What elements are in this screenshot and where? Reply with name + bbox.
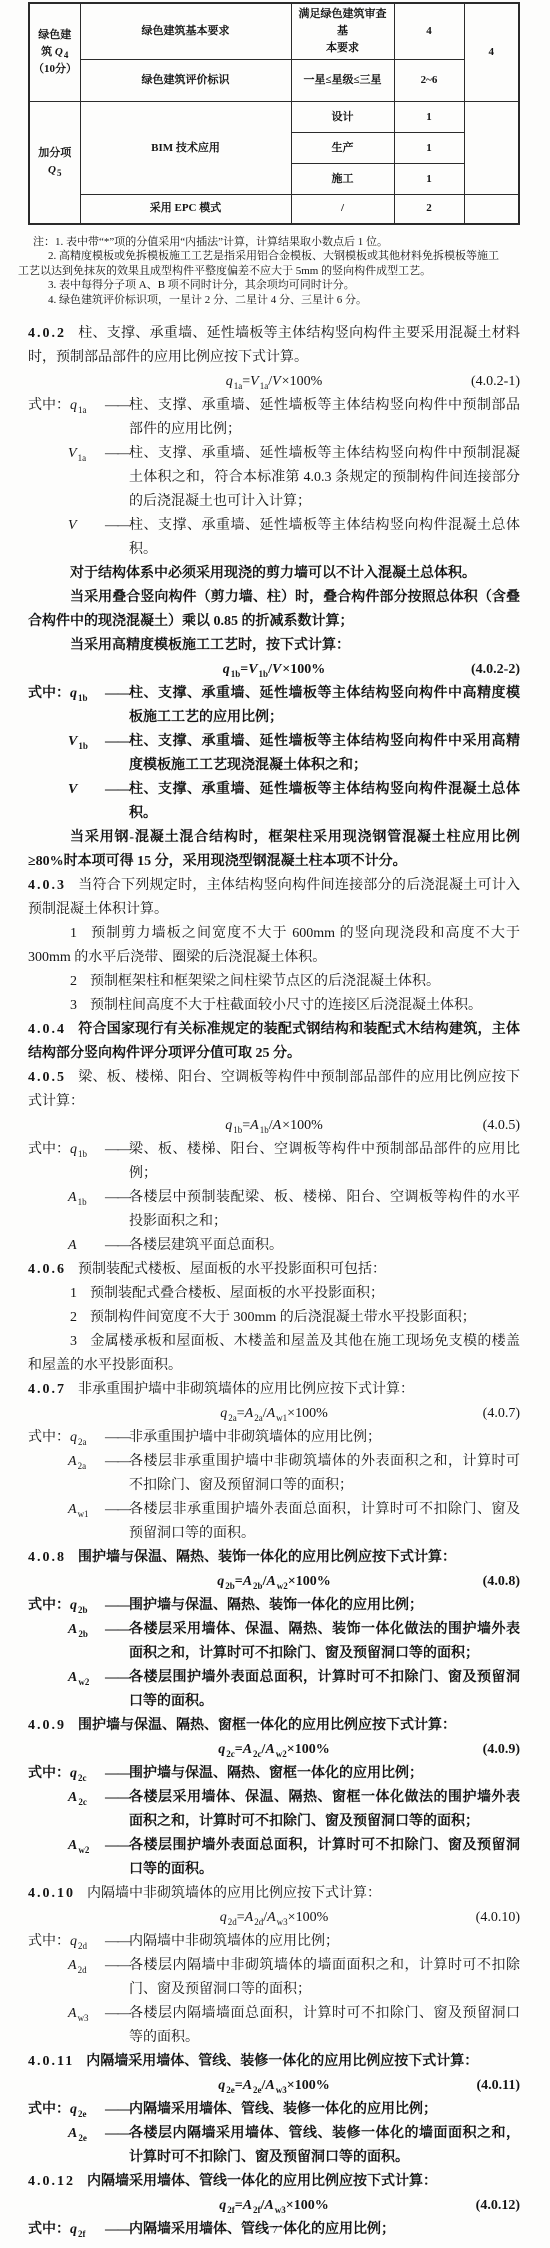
clause-number: 4.0.7 (28, 1382, 66, 1397)
definition-dash: —— (105, 1498, 129, 1522)
definition-line: A2d——各楼层内隔墙中非砌筑墙体的墙面面积之和，计算时可不扣除门、窗及预留洞口… (28, 1954, 520, 2002)
definition-dash: —— (105, 1450, 129, 1474)
definition-dash: —— (105, 394, 129, 418)
clause-number: 4.0.4 (28, 1022, 66, 1037)
table-cell (464, 195, 519, 224)
formula-expression: q2a=A2a/Aw1×100% (220, 1406, 327, 1421)
definition-term: 式中：q2d—— (28, 1930, 129, 1954)
definition-variable: A (68, 1234, 78, 1258)
body-paragraph: 当采用高精度模板施工工艺时，按下式计算： (28, 634, 520, 658)
definition-dash: —— (105, 778, 129, 802)
table-cell: 绿色建筑基本要求 (80, 3, 291, 60)
definition-term: V1b—— (28, 730, 129, 778)
definition-description: 围护墙与保温、隔热、装饰一体化的应用比例； (129, 1594, 520, 1618)
table-cell: 绿色建筑评价标识 (80, 60, 291, 102)
definition-term: V1a—— (28, 442, 129, 514)
clause-number: 4.0.6 (28, 1262, 66, 1277)
definition-term: 式中：q2b—— (28, 1594, 129, 1618)
equation-number: (4.0.10) (476, 1906, 520, 1930)
definition-description: 内隔墙中非砌筑墙体的应用比例； (129, 1930, 520, 1954)
clause-text: 围护墙与保温、隔热、装饰一体化的应用比例应按下式计算： (78, 1550, 456, 1565)
list-item: 3金属楼承板和屋面板、木楼盖和屋盖及其他在施工现场免支模的楼盖和屋盖的水平投影面… (28, 1330, 520, 1378)
definition-description: 梁、板、楼梯、阳台、空调板等构件中预制部品部件的应用比例； (129, 1138, 520, 1186)
definition-term: Aw1—— (28, 1498, 129, 1546)
clause-paragraph: 4.0.9围护墙与保温、隔热、窗框一体化的应用比例应按下式计算： (28, 1714, 520, 1738)
definition-dash: —— (105, 1234, 129, 1258)
table-cell: 满足绿色建筑审查基本要求 (291, 3, 394, 60)
definition-variable: q1b (70, 682, 88, 706)
definition-line: V——柱、支撑、承重墙、延性墙板等主体结构竖向构件混凝土总体积。 (28, 778, 520, 826)
definition-term: 式中：q2e—— (28, 2098, 129, 2122)
equation-number: (4.0.2-2) (471, 658, 520, 682)
definition-variable: A1b (68, 1186, 87, 1210)
definition-term: 式中：q1b—— (28, 1138, 129, 1186)
note-line: 注：1. 表中带“*”项的分值采用“内插法”计算，计算结果取小数点后 1 位。 (18, 235, 500, 250)
definition-term: 式中：q1b—— (28, 682, 129, 730)
definition-term: Aw2—— (28, 1666, 129, 1714)
definition-description: 围护墙与保温、隔热、窗框一体化的应用比例； (129, 1762, 520, 1786)
clause-text: 当符合下列规定时，主体结构竖向构件间连接部分的后浇混凝土可计入预制混凝土体积计算… (28, 878, 520, 917)
definition-description: 各楼层内隔墙墙面总面积，计算时可不扣除门、窗及预留洞口等的面积。 (129, 2002, 520, 2050)
table-row: 加分项Q5BIM 技术应用设计1 (29, 102, 519, 133)
table-cell: BIM 技术应用 (80, 102, 291, 195)
definition-line: 式中：q1b——柱、支撑、承重墙、延性墙板等主体结构竖向构件中高精度模板施工工艺… (28, 682, 520, 730)
definition-variable: V (68, 778, 78, 802)
table-notes: 注：1. 表中带“*”项的分值采用“内插法”计算，计算结果取小数点后 1 位。2… (18, 235, 500, 308)
table-row: 采用 EPC 模式/2 (29, 195, 519, 224)
body-paragraph: 对于结构体系中必须采用现浇的剪力墙可以不计入混凝土总体积。 (28, 562, 520, 586)
item-number: 3 (70, 998, 77, 1013)
definition-variable: A2a (68, 1450, 86, 1474)
definition-term: A2a—— (28, 1450, 129, 1498)
note-line: 3. 表中每得分子项 A、B 项不同时计分，其余项均可同时计分。 (18, 278, 500, 293)
definition-variable: A2b (68, 1618, 88, 1642)
definition-variable: q2e (70, 2098, 87, 2122)
definition-line: A——各楼层建筑平面总面积。 (28, 1234, 520, 1258)
definition-dash: —— (105, 1762, 129, 1786)
formula-expression: q1b=A1b/A×100% (225, 1118, 322, 1133)
clause-paragraph: 4.0.5梁、板、楼梯、阳台、空调板等构件中预制部品部件的应用比例应按下式计算： (28, 1066, 520, 1114)
definition-dash: —— (105, 1594, 129, 1618)
definition-description: 柱、支撑、承重墙、延性墙板等主体结构竖向构件中预制部品部件的应用比例； (129, 394, 520, 442)
definition-description: 柱、支撑、承重墙、延性墙板等主体结构竖向构件混凝土总体积。 (129, 514, 520, 562)
definition-term: 式中：q2c—— (28, 1762, 129, 1786)
definition-line: V——柱、支撑、承重墙、延性墙板等主体结构竖向构件混凝土总体积。 (28, 514, 520, 562)
list-item: 1预制剪力墙板之间宽度不大于 600mm 的竖向现浇段和高度不大于 300mm … (28, 922, 520, 970)
definition-line: 式中：q2e——内隔墙采用墙体、管线、装修一体化的应用比例； (28, 2098, 520, 2122)
table-row: 绿色建筑 Q4（10分）绿色建筑基本要求满足绿色建筑审查基本要求44 (29, 3, 519, 60)
definition-dash: —— (105, 1834, 129, 1858)
definition-line: A2e——各楼层内隔墙采用墙体、管线、装修一体化的墙面面积之和，计算时可不扣除门… (28, 2122, 520, 2170)
definition-term: A—— (28, 1234, 129, 1258)
definition-line: A2b——各楼层采用墙体、保温、隔热、装饰一体化做法的围护墙外表面积之和，计算时… (28, 1618, 520, 1666)
definition-line: A1b——各楼层中预制装配梁、板、楼梯、阳台、空调板等构件的水平投影面积之和； (28, 1186, 520, 1234)
definition-variable: A2c (68, 1786, 87, 1810)
clause-paragraph: 4.0.6预制装配式楼板、屋面板的水平投影面积可包括： (28, 1258, 520, 1282)
definition-dash: —— (105, 2002, 129, 2026)
formula-expression: q2b=A2b/Aw2×100% (217, 1574, 331, 1589)
definition-term: A2d—— (28, 1954, 129, 2002)
formula-line: q2d=A2d/Aw3×100%(4.0.10) (28, 1906, 520, 1930)
item-number: 2 (70, 974, 77, 989)
clause-paragraph: 4.0.3当符合下列规定时，主体结构竖向构件间连接部分的后浇混凝土可计入预制混凝… (28, 874, 520, 922)
clause-text: 符合国家现行有关标准规定的装配式钢结构和装配式木结构建筑，主体结构部分竖向构件评… (28, 1022, 520, 1061)
definition-description: 各楼层建筑平面总面积。 (129, 1234, 520, 1258)
clause-number: 4.0.9 (28, 1718, 66, 1733)
clause-text: 内隔墙采用墙体、管线一体化的应用比例应按下式计算： (87, 2174, 437, 2189)
formula-expression: q2d=A2d/Aw3×100% (220, 1910, 328, 1925)
formula-expression: q2e=A2e/Aw3×100% (218, 2078, 330, 2093)
table-cell: 绿色建筑 Q4（10分） (29, 3, 80, 102)
definition-description: 各楼层围护墙外表面总面积，计算时可不扣除门、窗及预留洞口等的面积。 (129, 1834, 520, 1882)
definition-variable: Aw2 (68, 1834, 89, 1858)
definition-term: A2e—— (28, 2122, 129, 2170)
document-page: 绿色建筑 Q4（10分）绿色建筑基本要求满足绿色建筑审查基本要求44绿色建筑评价… (0, 0, 550, 2248)
item-number: 3 (70, 1334, 77, 1349)
definition-description: 非承重围护墙中非砌筑墙体的应用比例； (129, 1426, 520, 1450)
equation-number: (4.0.7) (483, 1402, 520, 1426)
page-number: 7 (0, 2224, 550, 2236)
equation-number: (4.0.11) (476, 2074, 520, 2098)
definition-variable: q2d (70, 1930, 87, 1954)
definition-dash: —— (105, 1186, 129, 1210)
clause-number: 4.0.12 (28, 2174, 75, 2189)
definition-dash: —— (105, 442, 129, 466)
equation-number: (4.0.5) (483, 1114, 520, 1138)
definition-term: 式中：q1a—— (28, 394, 129, 442)
definition-line: A2c——各楼层采用墙体、保温、隔热、窗框一体化做法的围护墙外表面积之和，计算时… (28, 1786, 520, 1834)
note-line: 4. 绿色建筑评价标识项，一星计 2 分、二星计 4 分、三星计 6 分。 (18, 293, 500, 308)
equation-number: (4.0.12) (476, 2194, 520, 2218)
definition-dash: —— (105, 514, 129, 538)
definition-line: Aw1——各楼层非承重围护墙外表面总面积，计算时可不扣除门、窗及预留洞口等的面积… (28, 1498, 520, 1546)
definition-line: 式中：q2a——非承重围护墙中非砌筑墙体的应用比例； (28, 1426, 520, 1450)
table-cell: 1 (394, 164, 464, 195)
definition-line: 式中：q1a——柱、支撑、承重墙、延性墙板等主体结构竖向构件中预制部品部件的应用… (28, 394, 520, 442)
table-cell: 1 (394, 133, 464, 164)
formula-expression: q2c=A2c/Aw2×100% (218, 1742, 330, 1757)
definition-term: A2c—— (28, 1786, 129, 1834)
definition-variable: V (68, 514, 78, 538)
definition-description: 各楼层非承重围护墙外表面总面积，计算时可不扣除门、窗及预留洞口等的面积。 (129, 1498, 520, 1546)
definition-dash: —— (105, 1618, 129, 1642)
definition-term: Aw3—— (28, 2002, 129, 2050)
definition-variable: A2d (68, 1954, 87, 1978)
table-cell: 一星≤星级≤三星 (291, 60, 394, 102)
list-item: 3预制柱间高度不大于柱截面较小尺寸的连接区后浇混凝土体积。 (28, 994, 520, 1018)
table-cell: 1 (394, 102, 464, 133)
formula-expression: q1b=V1b/V×100% (223, 662, 326, 677)
clause-text: 内隔墙中非砌筑墙体的应用比例应按下式计算： (87, 1886, 381, 1901)
definition-variable: q2c (70, 1762, 87, 1786)
item-number: 1 (70, 926, 77, 941)
definition-description: 各楼层围护墙外表面总面积，计算时可不扣除门、窗及预留洞口等的面积。 (129, 1666, 520, 1714)
where-prefix: 式中： (28, 682, 70, 706)
definition-term: 式中：q2a—— (28, 1426, 129, 1450)
list-item: 2预制框架柱和框架梁之间柱梁节点区的后浇混凝土体积。 (28, 970, 520, 994)
formula-expression: q1a=V1a/V×100% (226, 374, 322, 389)
table-cell: 生产 (291, 133, 394, 164)
where-prefix: 式中： (28, 1594, 70, 1618)
where-prefix: 式中： (28, 394, 70, 418)
definition-description: 各楼层中预制装配梁、板、楼梯、阳台、空调板等构件的水平投影面积之和； (129, 1186, 520, 1234)
clause-number: 4.0.8 (28, 1550, 66, 1565)
clause-paragraph: 4.0.10内隔墙中非砌筑墙体的应用比例应按下式计算： (28, 1882, 520, 1906)
definition-dash: —— (105, 1930, 129, 1954)
formula-line: q1a=V1a/V×100%(4.0.2-1) (28, 370, 520, 394)
equation-number: (4.0.9) (483, 1738, 520, 1762)
definition-dash: —— (105, 682, 129, 706)
table-cell: / (291, 195, 394, 224)
definition-description: 柱、支撑、承重墙、延性墙板等主体结构竖向构件中预制混凝土体积之和，符合本标准第 … (129, 442, 520, 514)
definition-line: Aw2——各楼层围护墙外表面总面积，计算时可不扣除门、窗及预留洞口等的面积。 (28, 1834, 520, 1882)
definition-dash: —— (105, 2098, 129, 2122)
definition-description: 各楼层非承重围护墙中非砌筑墙体的外表面积之和，计算时可不扣除门、窗及预留洞口等的… (129, 1450, 520, 1498)
definition-line: 式中：q2c——围护墙与保温、隔热、窗框一体化的应用比例； (28, 1762, 520, 1786)
definition-line: Aw2——各楼层围护墙外表面总面积，计算时可不扣除门、窗及预留洞口等的面积。 (28, 1666, 520, 1714)
definition-dash: —— (105, 1954, 129, 1978)
note-line: 2. 高精度模板或免拆模板施工工艺是指采用铝合金模板、大钢模板或其他材料免拆模板… (18, 249, 500, 278)
definition-dash: —— (105, 730, 129, 754)
definition-line: V1a——柱、支撑、承重墙、延性墙板等主体结构竖向构件中预制混凝土体积之和，符合… (28, 442, 520, 514)
clause-paragraph: 4.0.8围护墙与保温、隔热、装饰一体化的应用比例应按下式计算： (28, 1546, 520, 1570)
definition-dash: —— (105, 2122, 129, 2146)
clause-number: 4.0.5 (28, 1070, 66, 1085)
definition-line: 式中：q2d——内隔墙中非砌筑墙体的应用比例； (28, 1930, 520, 1954)
definition-line: 式中：q2b——围护墙与保温、隔热、装饰一体化的应用比例； (28, 1594, 520, 1618)
where-prefix: 式中： (28, 1138, 70, 1162)
formula-line: q2a=A2a/Aw1×100%(4.0.7) (28, 1402, 520, 1426)
score-table: 绿色建筑 Q4（10分）绿色建筑基本要求满足绿色建筑审查基本要求44绿色建筑评价… (28, 2, 520, 225)
definition-variable: q1b (70, 1138, 87, 1162)
table-cell: 采用 EPC 模式 (80, 195, 291, 224)
formula-line: q1b=A1b/A×100%(4.0.5) (28, 1114, 520, 1138)
definition-term: V—— (28, 778, 129, 826)
table-cell: 4 (464, 3, 519, 102)
table-cell: 设计 (291, 102, 394, 133)
where-prefix: 式中： (28, 2098, 70, 2122)
formula-expression: q2f=A2f/Aw3×100% (219, 2198, 329, 2213)
list-item: 1预制装配式叠合楼板、屋面板的水平投影面积； (28, 1282, 520, 1306)
clause-paragraph: 4.0.7非承重围护墙中非砌筑墙体的应用比例应按下式计算： (28, 1378, 520, 1402)
table-cell: 4 (394, 3, 464, 60)
table-cell: 2 (394, 195, 464, 224)
definition-term: Aw2—— (28, 1834, 129, 1882)
definition-line: 式中：q1b——梁、板、楼梯、阳台、空调板等构件中预制部品部件的应用比例； (28, 1138, 520, 1186)
definition-description: 内隔墙采用墙体、管线、装修一体化的应用比例； (129, 2098, 520, 2122)
clause-text: 内隔墙采用墙体、管线、装修一体化的应用比例应按下式计算： (86, 2054, 478, 2069)
definition-description: 柱、支撑、承重墙、延性墙板等主体结构竖向构件混凝土总体积。 (129, 778, 520, 826)
definition-line: V1b——柱、支撑、承重墙、延性墙板等主体结构竖向构件中采用高精度模板施工工艺现… (28, 730, 520, 778)
definition-description: 各楼层采用墙体、保温、隔热、装饰一体化做法的围护墙外表面积之和，计算时可不扣除门… (129, 1618, 520, 1666)
definition-term: A1b—— (28, 1186, 129, 1234)
clause-paragraph: 4.0.11内隔墙采用墙体、管线、装修一体化的应用比例应按下式计算： (28, 2050, 520, 2074)
body-paragraph: 当采用钢-混凝土混合结构时，框架柱采用现浇钢管混凝土柱应用比例≥80%时本项可得… (28, 826, 520, 874)
clause-text: 梁、板、楼梯、阳台、空调板等构件中预制部品部件的应用比例应按下式计算： (28, 1070, 520, 1109)
definition-variable: V1b (68, 730, 88, 754)
definition-variable: V1a (68, 442, 86, 466)
clause-paragraph: 4.0.2柱、支撑、承重墙、延性墙板等主体结构竖向构件主要采用混凝土材料时，预制… (28, 322, 520, 370)
definition-variable: Aw3 (68, 2002, 89, 2026)
formula-line: q2b=A2b/Aw2×100%(4.0.8) (28, 1570, 520, 1594)
definition-variable: Aw1 (68, 1498, 89, 1522)
definition-term: V—— (28, 514, 129, 562)
where-prefix: 式中： (28, 1426, 70, 1450)
clause-paragraph: 4.0.4符合国家现行有关标准规定的装配式钢结构和装配式木结构建筑，主体结构部分… (28, 1018, 520, 1066)
body-paragraph: 当采用叠合竖向构件（剪力墙、柱）时，叠合构件部分按照总体积（含叠合构件中的现浇混… (28, 586, 520, 634)
clause-number: 4.0.2 (28, 326, 66, 341)
clause-text: 围护墙与保温、隔热、窗框一体化的应用比例应按下式计算： (78, 1718, 456, 1733)
list-item: 2预制构件间宽度不大于 300mm 的后浇混凝土带水平投影面积； (28, 1306, 520, 1330)
definition-variable: q1a (70, 394, 87, 418)
definition-variable: q2b (70, 1594, 88, 1618)
equation-number: (4.0.8) (483, 1570, 520, 1594)
definition-variable: Aw2 (68, 1666, 89, 1690)
definition-dash: —— (105, 1786, 129, 1810)
table-cell: 施工 (291, 164, 394, 195)
clause-number: 4.0.10 (28, 1886, 75, 1901)
definition-description: 各楼层采用墙体、保温、隔热、窗框一体化做法的围护墙外表面积之和，计算时可不扣除门… (129, 1786, 520, 1834)
clause-text: 预制装配式楼板、屋面板的水平投影面积可包括： (78, 1262, 386, 1277)
definition-dash: —— (105, 1426, 129, 1450)
formula-line: q2f=A2f/Aw3×100%(4.0.12) (28, 2194, 520, 2218)
definition-description: 柱、支撑、承重墙、延性墙板等主体结构竖向构件中高精度模板施工工艺的应用比例； (129, 682, 520, 730)
definition-description: 各楼层内隔墙采用墙体、管线、装修一体化的墙面面积之和，计算时可不扣除门、窗及预留… (129, 2122, 520, 2170)
definition-variable: q2a (70, 1426, 87, 1450)
clause-number: 4.0.11 (28, 2054, 74, 2069)
definition-line: A2a——各楼层非承重围护墙中非砌筑墙体的外表面积之和，计算时可不扣除门、窗及预… (28, 1450, 520, 1498)
definition-term: A2b—— (28, 1618, 129, 1666)
definition-dash: —— (105, 1666, 129, 1690)
document-body: 4.0.2柱、支撑、承重墙、延性墙板等主体结构竖向构件主要采用混凝土材料时，预制… (28, 322, 520, 2242)
item-number: 1 (70, 1286, 77, 1301)
table-row: 绿色建筑评价标识一星≤星级≤三星2~6 (29, 60, 519, 102)
clause-text: 柱、支撑、承重墙、延性墙板等主体结构竖向构件主要采用混凝土材料时，预制部品部件的… (28, 326, 520, 365)
where-prefix: 式中： (28, 1762, 70, 1786)
clause-number: 4.0.3 (28, 878, 66, 893)
definition-description: 柱、支撑、承重墙、延性墙板等主体结构竖向构件中采用高精度模板施工工艺现浇混凝土体… (129, 730, 520, 778)
item-number: 2 (70, 1310, 77, 1325)
table-cell: 加分项Q5 (29, 102, 80, 224)
definition-variable: A2e (68, 2122, 87, 2146)
where-prefix: 式中： (28, 1930, 70, 1954)
formula-line: q1b=V1b/V×100%(4.0.2-2) (28, 658, 520, 682)
formula-line: q2e=A2e/Aw3×100%(4.0.11) (28, 2074, 520, 2098)
definition-line: Aw3——各楼层内隔墙墙面总面积，计算时可不扣除门、窗及预留洞口等的面积。 (28, 2002, 520, 2050)
table-cell: 2~6 (394, 60, 464, 102)
formula-line: q2c=A2c/Aw2×100%(4.0.9) (28, 1738, 520, 1762)
table-cell (464, 102, 519, 195)
clause-paragraph: 4.0.12内隔墙采用墙体、管线一体化的应用比例应按下式计算： (28, 2170, 520, 2194)
equation-number: (4.0.2-1) (471, 370, 520, 394)
clause-text: 非承重围护墙中非砌筑墙体的应用比例应按下式计算： (78, 1382, 414, 1397)
definition-description: 各楼层内隔墙中非砌筑墙体的墙面面积之和，计算时可不扣除门、窗及预留洞口等的面积； (129, 1954, 520, 2002)
definition-dash: —— (105, 1138, 129, 1162)
